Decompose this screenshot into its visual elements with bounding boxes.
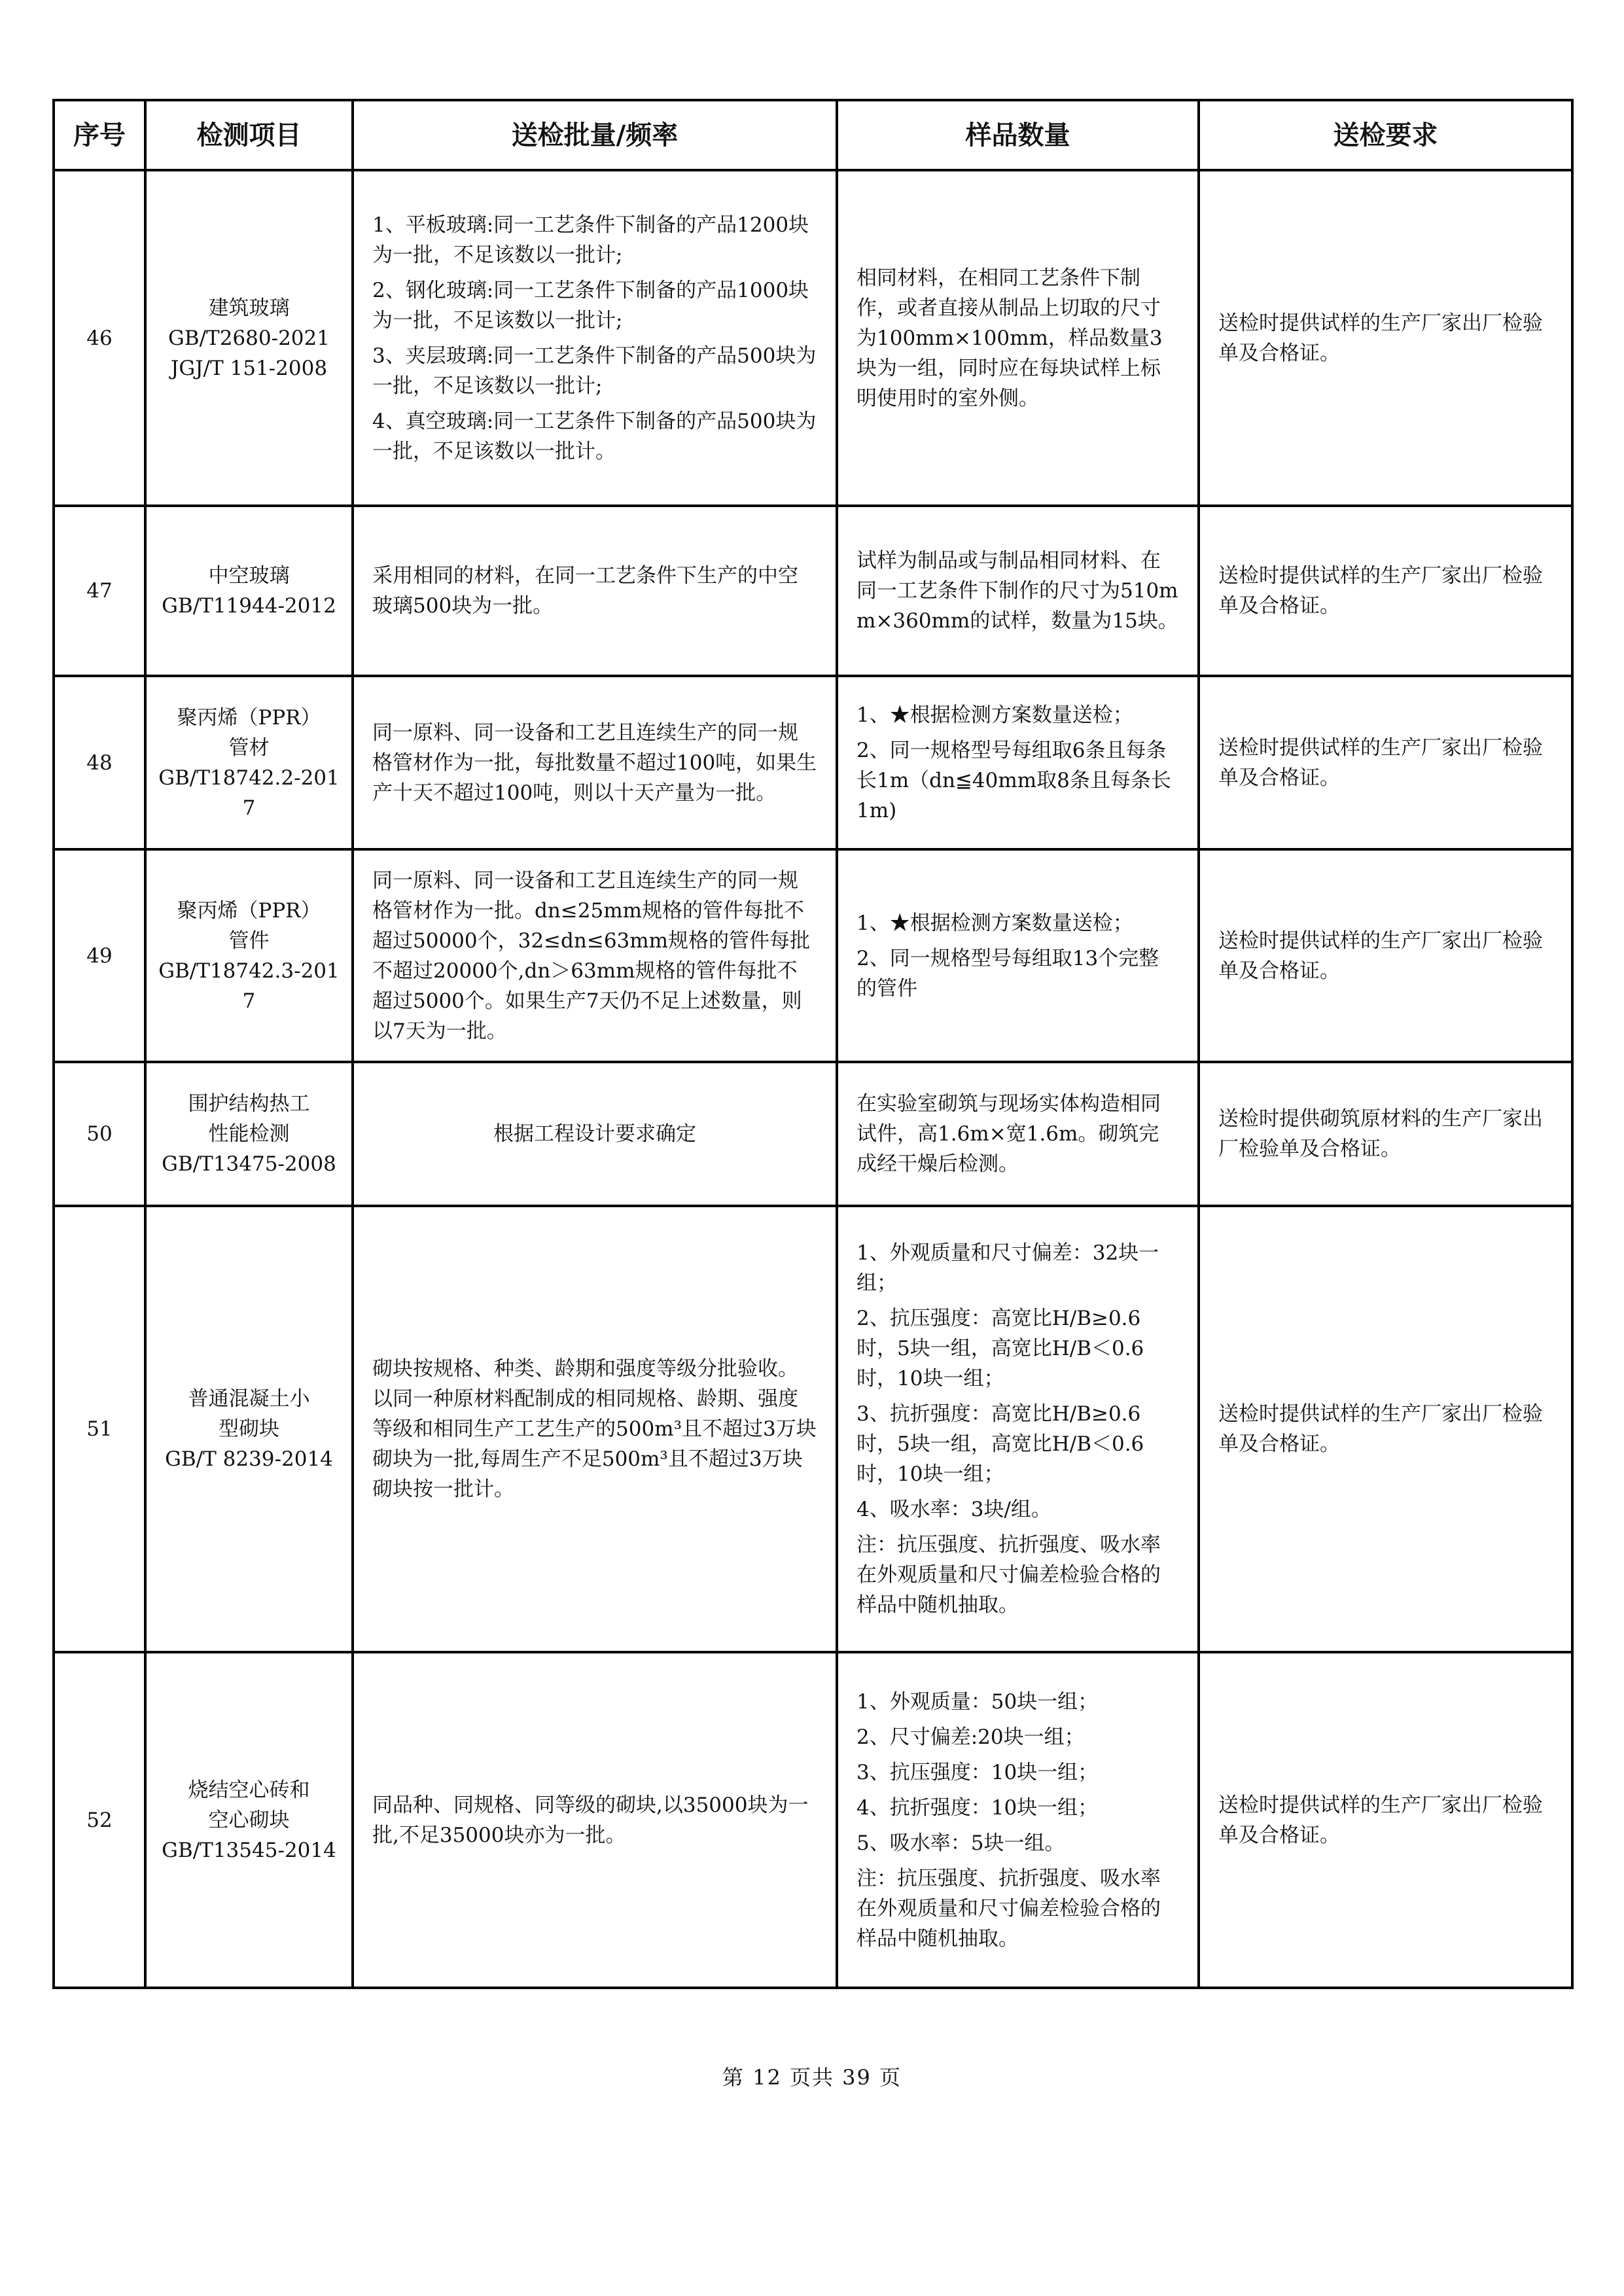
sample-paragraph: 4、吸水率：3块/组。 [856,1494,1179,1525]
item-line: GB/T11944-2012 [153,591,345,621]
cell-item: 围护结构热工性能检测GB/T13475-2008 [145,1062,353,1206]
cell-no: 50 [54,1062,145,1206]
item-line: 中空玻璃 [153,561,345,591]
cell-no: 49 [54,849,145,1062]
batch-paragraph: 同品种、同规格、同等级的砌块,以35000块为一批,不足35000块亦为一批。 [372,1790,817,1850]
cell-sample: 1、外观质量：50块一组；2、尺寸偏差:20块一组；3、抗压强度：10块一组；4… [837,1652,1199,1988]
sample-paragraph: 2、抗压强度：高宽比H/B≥0.6时，5块一组，高宽比H/B＜0.6时，10块一… [856,1303,1179,1394]
item-line: 管材 [153,733,345,763]
sample-paragraph: 1、外观质量：50块一组； [856,1687,1179,1717]
cell-item: 普通混凝土小型砌块GB/T 8239-2014 [145,1206,353,1652]
table-header-row: 序号 检测项目 送检批量/频率 样品数量 送检要求 [54,100,1572,170]
sample-paragraph: 1、★根据检测方案数量送检； [856,908,1179,938]
table-row: 47中空玻璃GB/T11944-2012采用相同的材料，在同一工艺条件下生产的中… [54,506,1572,676]
cell-batch: 1、平板玻璃:同一工艺条件下制备的产品1200块为一批，不足该数以一批计;2、钢… [353,170,837,506]
item-line: 空心砌块 [153,1805,345,1835]
table-body: 46建筑玻璃GB/T2680-2021JGJ/T 151-20081、平板玻璃:… [54,170,1572,1988]
cell-sample: 1、★根据检测方案数量送检；2、同一规格型号每组取6条且每条长1m（dn≦40m… [837,676,1199,849]
batch-paragraph: 4、真空玻璃:同一工艺条件下制备的产品500块为一批，不足该数以一批计。 [372,406,817,467]
table-row: 51普通混凝土小型砌块GB/T 8239-2014砌块按规格、种类、龄期和强度等… [54,1206,1572,1652]
cell-item: 建筑玻璃GB/T2680-2021JGJ/T 151-2008 [145,170,353,506]
cell-no: 51 [54,1206,145,1652]
cell-batch: 砌块按规格、种类、龄期和强度等级分批验收。以同一种原材料配制成的相同规格、龄期、… [353,1206,837,1652]
header-sample: 样品数量 [837,100,1199,170]
cell-no: 47 [54,506,145,676]
cell-batch: 同一原料、同一设备和工艺且连续生产的同一规格管材作为一批。dn≤25mm规格的管… [353,849,837,1062]
cell-requirement: 送检时提供试样的生产厂家出厂检验单及合格证。 [1199,849,1572,1062]
table-row: 50围护结构热工性能检测GB/T13475-2008根据工程设计要求确定在实验室… [54,1062,1572,1206]
cell-batch: 采用相同的材料，在同一工艺条件下生产的中空玻璃500块为一批。 [353,506,837,676]
table-row: 46建筑玻璃GB/T2680-2021JGJ/T 151-20081、平板玻璃:… [54,170,1572,506]
batch-paragraph: 1、平板玻璃:同一工艺条件下制备的产品1200块为一批，不足该数以一批计; [372,210,817,270]
sample-paragraph: 2、尺寸偏差:20块一组； [856,1722,1179,1752]
cell-sample: 1、外观质量和尺寸偏差：32块一组；2、抗压强度：高宽比H/B≥0.6时，5块一… [837,1206,1199,1652]
cell-requirement: 送检时提供试样的生产厂家出厂检验单及合格证。 [1199,1206,1572,1652]
item-line: 聚丙烯（PPR） [153,896,345,926]
cell-requirement: 送检时提供砌筑原材料的生产厂家出厂检验单及合格证。 [1199,1062,1572,1206]
cell-no: 46 [54,170,145,506]
sample-paragraph: 相同材料，在相同工艺条件下制作，或者直接从制品上切取的尺寸为100mm×100m… [856,263,1179,414]
item-line: 围护结构热工 [153,1089,345,1119]
sample-paragraph: 5、吸水率：5块一组。 [856,1828,1179,1858]
item-line: 普通混凝土小 [153,1384,345,1414]
item-line: GB/T13545-2014 [153,1835,345,1865]
batch-paragraph: 3、夹层玻璃:同一工艺条件下制备的产品500块为一批，不足该数以一批计; [372,341,817,401]
cell-requirement: 送检时提供试样的生产厂家出厂检验单及合格证。 [1199,170,1572,506]
batch-paragraph: 采用相同的材料，在同一工艺条件下生产的中空玻璃500块为一批。 [372,561,817,621]
sample-paragraph: 在实验室砌筑与现场实体构造相同试件，高1.6m×宽1.6m。砌筑完成经干燥后检测… [856,1089,1179,1179]
sample-paragraph: 2、同一规格型号每组取13个完整的管件 [856,944,1179,1004]
item-line: GB/T13475-2008 [153,1149,345,1179]
inspection-table: 序号 检测项目 送检批量/频率 样品数量 送检要求 46建筑玻璃GB/T2680… [52,99,1574,1989]
batch-paragraph: 根据工程设计要求确定 [361,1119,829,1149]
cell-item: 烧结空心砖和空心砌块GB/T13545-2014 [145,1652,353,1988]
item-line: 性能检测 [153,1119,345,1149]
item-line: 管件 [153,926,345,956]
sample-paragraph: 试样为制品或与制品相同材料、在同一工艺条件下制作的尺寸为510mm×360mm的… [856,546,1179,636]
cell-batch: 同一原料、同一设备和工艺且连续生产的同一规格管材作为一批，每批数量不超过100吨… [353,676,837,849]
cell-sample: 相同材料，在相同工艺条件下制作，或者直接从制品上切取的尺寸为100mm×100m… [837,170,1199,506]
cell-requirement: 送检时提供试样的生产厂家出厂检验单及合格证。 [1199,676,1572,849]
table-row: 49聚丙烯（PPR）管件GB/T18742.3-2017同一原料、同一设备和工艺… [54,849,1572,1062]
cell-batch: 根据工程设计要求确定 [353,1062,837,1206]
sample-paragraph: 1、★根据检测方案数量送检； [856,700,1179,730]
cell-item: 聚丙烯（PPR）管件GB/T18742.3-2017 [145,849,353,1062]
page-number: 第 12 页共 39 页 [0,2061,1624,2091]
batch-paragraph: 2、钢化玻璃:同一工艺条件下制备的产品1000块为一批，不足该数以一批计; [372,275,817,336]
item-line: 建筑玻璃 [153,293,345,323]
sample-paragraph: 3、抗压强度：10块一组； [856,1757,1179,1788]
item-line: GB/T2680-2021 [153,323,345,353]
cell-requirement: 送检时提供试样的生产厂家出厂检验单及合格证。 [1199,1652,1572,1988]
sample-paragraph: 1、外观质量和尺寸偏差：32块一组； [856,1238,1179,1298]
item-line: GB/T18742.3-2017 [153,956,345,1016]
cell-batch: 同品种、同规格、同等级的砌块,以35000块为一批,不足35000块亦为一批。 [353,1652,837,1988]
cell-item: 聚丙烯（PPR）管材GB/T18742.2-2017 [145,676,353,849]
batch-paragraph: 砌块按规格、种类、龄期和强度等级分批验收。以同一种原材料配制成的相同规格、龄期、… [372,1354,817,1504]
item-line: GB/T 8239-2014 [153,1444,345,1474]
cell-sample: 试样为制品或与制品相同材料、在同一工艺条件下制作的尺寸为510mm×360mm的… [837,506,1199,676]
item-line: 聚丙烯（PPR） [153,703,345,733]
header-no: 序号 [54,100,145,170]
batch-paragraph: 同一原料、同一设备和工艺且连续生产的同一规格管材作为一批，每批数量不超过100吨… [372,718,817,808]
sample-paragraph: 注：抗压强度、抗折强度、吸水率在外观质量和尺寸偏差检验合格的样品中随机抽取。 [856,1863,1179,1954]
cell-no: 48 [54,676,145,849]
item-line: JGJ/T 151-2008 [153,353,345,383]
sample-paragraph: 注：抗压强度、抗折强度、吸水率在外观质量和尺寸偏差检验合格的样品中随机抽取。 [856,1530,1179,1620]
table-row: 48聚丙烯（PPR）管材GB/T18742.2-2017同一原料、同一设备和工艺… [54,676,1572,849]
cell-requirement: 送检时提供试样的生产厂家出厂检验单及合格证。 [1199,506,1572,676]
sample-paragraph: 4、抗折强度：10块一组； [856,1793,1179,1823]
sample-paragraph: 2、同一规格型号每组取6条且每条长1m（dn≦40mm取8条且每条长1m) [856,735,1179,826]
table-row: 52烧结空心砖和空心砌块GB/T13545-2014同品种、同规格、同等级的砌块… [54,1652,1572,1988]
header-item: 检测项目 [145,100,353,170]
cell-sample: 在实验室砌筑与现场实体构造相同试件，高1.6m×宽1.6m。砌筑完成经干燥后检测… [837,1062,1199,1206]
cell-item: 中空玻璃GB/T11944-2012 [145,506,353,676]
item-line: 烧结空心砖和 [153,1775,345,1805]
sample-paragraph: 3、抗折强度：高宽比H/B≥0.6时，5块一组，高宽比H/B＜0.6时，10块一… [856,1399,1179,1489]
cell-no: 52 [54,1652,145,1988]
header-requirement: 送检要求 [1199,100,1572,170]
batch-paragraph: 同一原料、同一设备和工艺且连续生产的同一规格管材作为一批。dn≤25mm规格的管… [372,866,817,1046]
cell-sample: 1、★根据检测方案数量送检；2、同一规格型号每组取13个完整的管件 [837,849,1199,1062]
item-line: 型砌块 [153,1414,345,1444]
item-line: GB/T18742.2-2017 [153,763,345,823]
header-batch: 送检批量/频率 [353,100,837,170]
